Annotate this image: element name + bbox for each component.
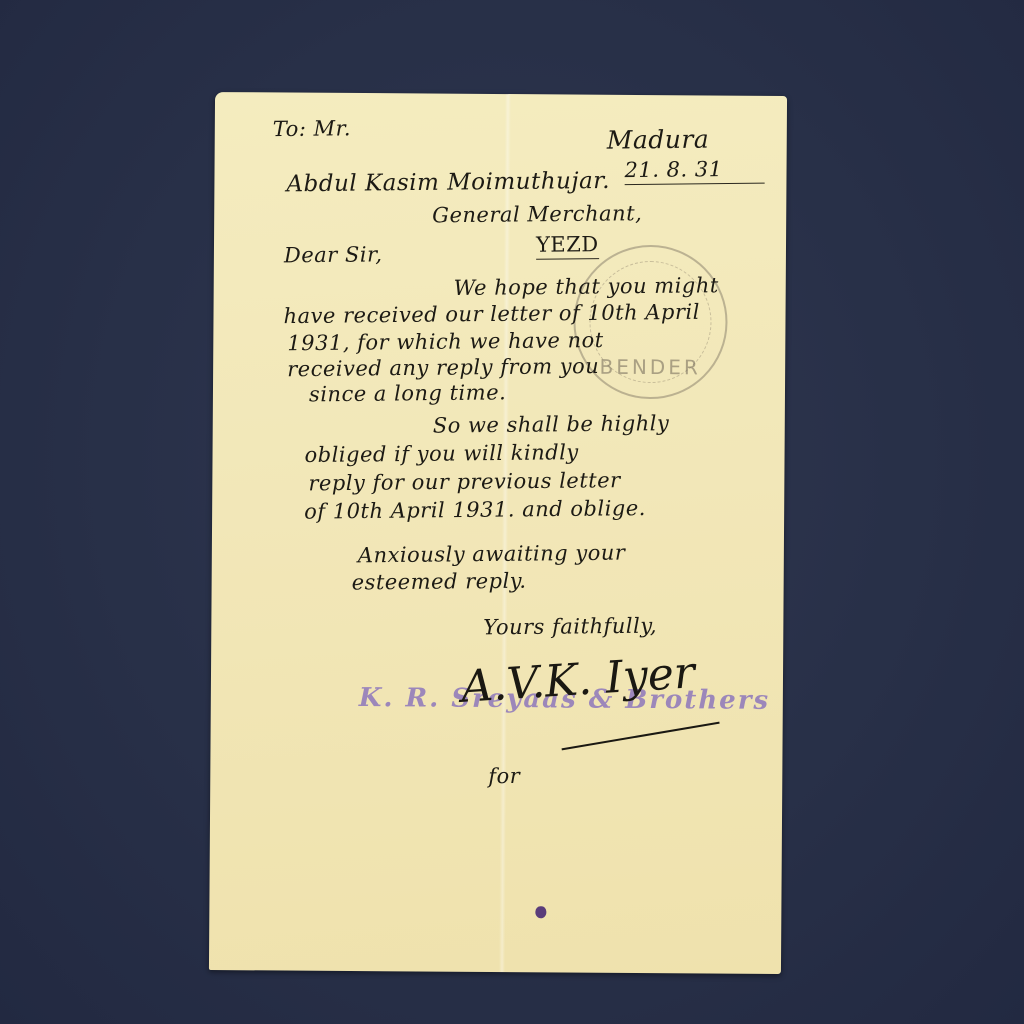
recipient-name: Abdul Kasim Moimuthujar. (286, 168, 610, 197)
body-line: 1931, for which we have not (287, 328, 604, 355)
body-line: since a long time. (309, 380, 507, 406)
signature-stroke (562, 722, 720, 751)
place-heading: Madura (607, 125, 710, 155)
body-line: have received our letter of 10th April (283, 300, 700, 328)
postcard: BENDER To: Mr. Madura 21. 8. 31 Abdul Ka… (209, 92, 787, 974)
body-line: received any reply from you (287, 354, 599, 381)
closing: Yours faithfully, (483, 614, 657, 640)
ink-blot (535, 906, 546, 918)
body-line: We hope that you might (454, 273, 719, 300)
date: 21. 8. 31 (624, 157, 764, 185)
body-line: reply for our previous letter (308, 468, 621, 495)
body-line: esteemed reply. (352, 569, 527, 595)
body-line: So we shall be highly (433, 411, 670, 437)
to-line: To: Mr. (273, 116, 351, 141)
for-label: for (488, 764, 520, 788)
greeting: Dear Sir, (284, 242, 383, 267)
recipient-place: YEZD (536, 232, 599, 260)
recipient-title: General Merchant, (432, 201, 642, 227)
body-line: obliged if you will kindly (304, 440, 578, 467)
body-line: Anxiously awaiting your (358, 541, 626, 568)
body-line: of 10th April 1931. and oblige. (304, 496, 646, 524)
